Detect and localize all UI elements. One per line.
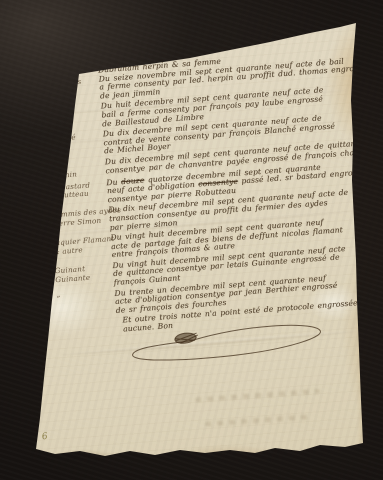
margin-names: Jaquier Flamant& autre xyxy=(50,234,112,264)
margin-name: & autre xyxy=(53,244,107,257)
margin-names: BajatChemin xyxy=(45,158,106,181)
margin-name: Robutteau xyxy=(49,189,103,202)
margin-names: Herpinfr. ThomasJimmin xyxy=(38,67,100,106)
margin-names: GuinantGuinante xyxy=(52,262,114,292)
margin-names: sr. BastardRobutteau xyxy=(46,179,108,209)
margin-name: Guinante xyxy=(55,272,109,285)
entries-list: Herpinfr. ThomasJimminDabraham herpin & … xyxy=(38,49,357,320)
margin-names: BlanchéBoyer xyxy=(43,131,105,161)
margin-name: Pierre Simon xyxy=(51,217,105,230)
corner-mark: 6 xyxy=(41,432,48,443)
photo-background: Herpinfr. ThomasJimminDabraham herpin & … xyxy=(0,0,383,480)
bleed-through-mark xyxy=(195,389,320,403)
margin-name: Limbre xyxy=(43,113,97,126)
manuscript-content: Herpinfr. ThomasJimminDabraham herpin & … xyxy=(38,49,362,386)
manuscript-page: Herpinfr. ThomasJimminDabraham herpin & … xyxy=(0,0,383,480)
bleed-through-mark xyxy=(205,414,310,426)
margin-name: Jimmin xyxy=(41,85,95,98)
margin-names: Commis des aydesPierre Simon xyxy=(48,207,110,237)
margin-name: ” xyxy=(56,291,110,304)
margin-names: ” xyxy=(54,290,116,320)
margin-names: BansLimbre xyxy=(41,103,103,133)
